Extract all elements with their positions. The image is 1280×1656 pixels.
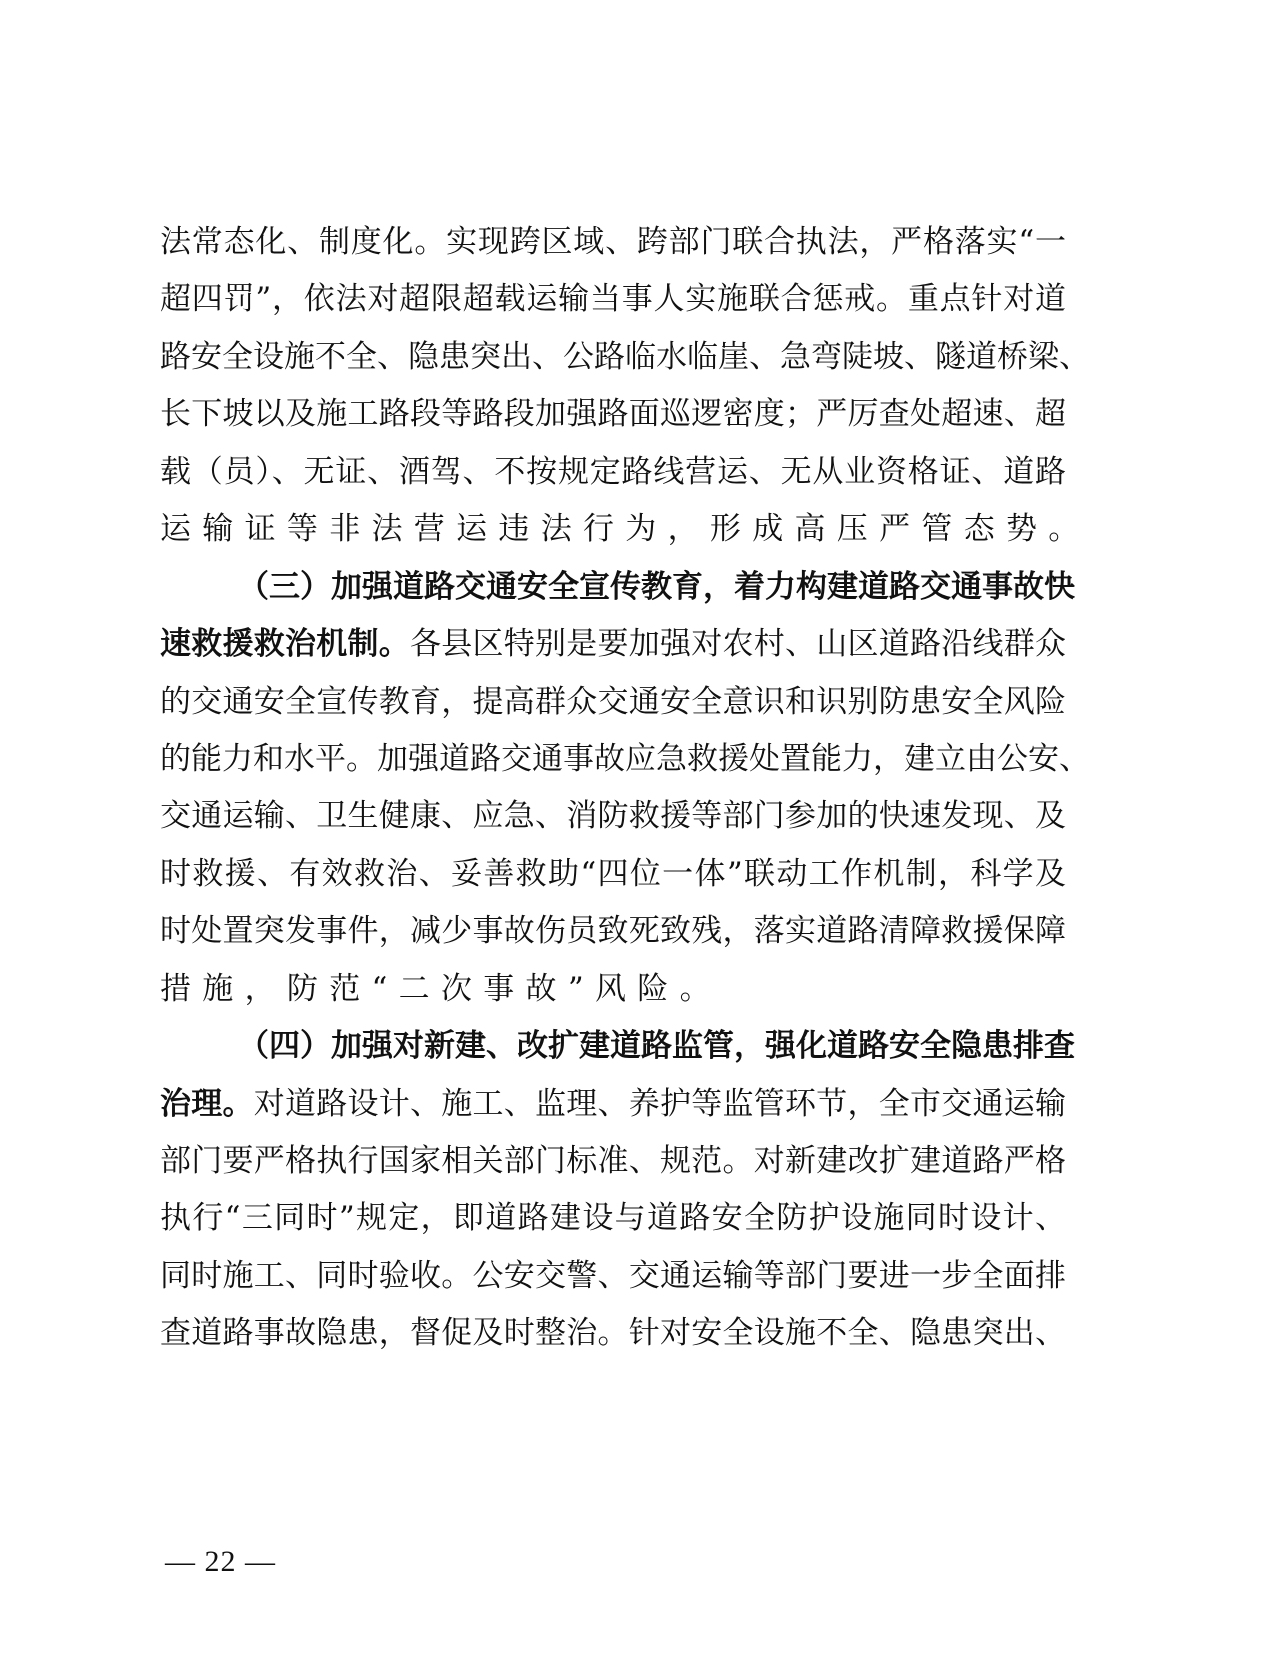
document-page: 法常态化、制度化。实现跨区域、跨部门联合执法，严格落实“一 超四罚”，依法对超限… — [0, 0, 1280, 1656]
paragraph-section-three: （三）加强道路交通安全宣传教育，着力构建道路交通事故快 速救援救治机制。各县区特… — [160, 564, 1070, 1024]
paragraph-enforcement: 法常态化、制度化。实现跨区域、跨部门联合执法，严格落实“一 超四罚”，依法对超限… — [160, 219, 1070, 564]
text-line: 运输证等非法营运违法行为，形成高压严管态势。 — [160, 506, 1066, 563]
page-number: — 22 — — [165, 1545, 276, 1579]
text-line: 载（员）、无证、酒驾、不按规定路线营运、无从业资格证、道路 — [160, 449, 1066, 506]
text-line: 治理。对道路设计、施工、监理、养护等监管环节，全市交通运输 — [160, 1081, 1066, 1138]
text-run: 对道路设计、施工、监理、养护等监管环节，全市交通运输 — [254, 1086, 1066, 1122]
text-line: 的交通安全宣传教育，提高群众交通安全意识和识别防患安全风险 — [160, 679, 1066, 736]
text-line: 路安全设施不全、隐患突出、公路临水临崖、急弯陡坡、隧道桥梁、 — [160, 334, 1066, 391]
text-line: 的能力和水平。加强道路交通事故应急救援处置能力，建立由公安、 — [160, 736, 1066, 793]
text-line: 交通运输、卫生健康、应急、消防救援等部门参加的快速发现、及 — [160, 793, 1066, 850]
text-line: 超四罚”，依法对超限超载运输当事人实施联合惩戒。重点针对道 — [160, 276, 1066, 333]
text-line: 部门要严格执行国家相关部门标准、规范。对新建改扩建道路严格 — [160, 1138, 1066, 1195]
section-heading-end: 速救援救治机制。 — [160, 626, 410, 662]
text-line: 时救援、有效救治、妥善救助“四位一体”联动工作机制，科学及 — [160, 851, 1066, 908]
text-line: 查道路事故隐患，督促及时整治。针对安全设施不全、隐患突出、 — [160, 1310, 1066, 1367]
text-line: 同时施工、同时验收。公安交警、交通运输等部门要进一步全面排 — [160, 1253, 1066, 1310]
document-body: 法常态化、制度化。实现跨区域、跨部门联合执法，严格落实“一 超四罚”，依法对超限… — [160, 219, 1070, 1368]
text-run: 各县区特别是要加强对农村、山区道路沿线群众 — [410, 626, 1066, 662]
text-line: 法常态化、制度化。实现跨区域、跨部门联合执法，严格落实“一 — [160, 219, 1066, 276]
section-heading-end: 治理。 — [160, 1086, 254, 1122]
paragraph-section-four: （四）加强对新建、改扩建道路监管，强化道路安全隐患排查 治理。对道路设计、施工、… — [160, 1023, 1070, 1368]
section-heading: （四）加强对新建、改扩建道路监管，强化道路安全隐患排查 — [160, 1023, 1066, 1080]
text-line: 长下坡以及施工路段等路段加强路面巡逻密度；严厉查处超速、超 — [160, 391, 1066, 448]
text-line: 执行“三同时”规定，即道路建设与道路安全防护设施同时设计、 — [160, 1195, 1066, 1252]
text-line: 速救援救治机制。各县区特别是要加强对农村、山区道路沿线群众 — [160, 621, 1066, 678]
section-heading: （三）加强道路交通安全宣传教育，着力构建道路交通事故快 — [160, 564, 1066, 621]
text-line: 时处置突发事件，减少事故伤员致死致残，落实道路清障救援保障 — [160, 908, 1066, 965]
text-line: 措施，防范“二次事故”风险。 — [160, 966, 1066, 1023]
